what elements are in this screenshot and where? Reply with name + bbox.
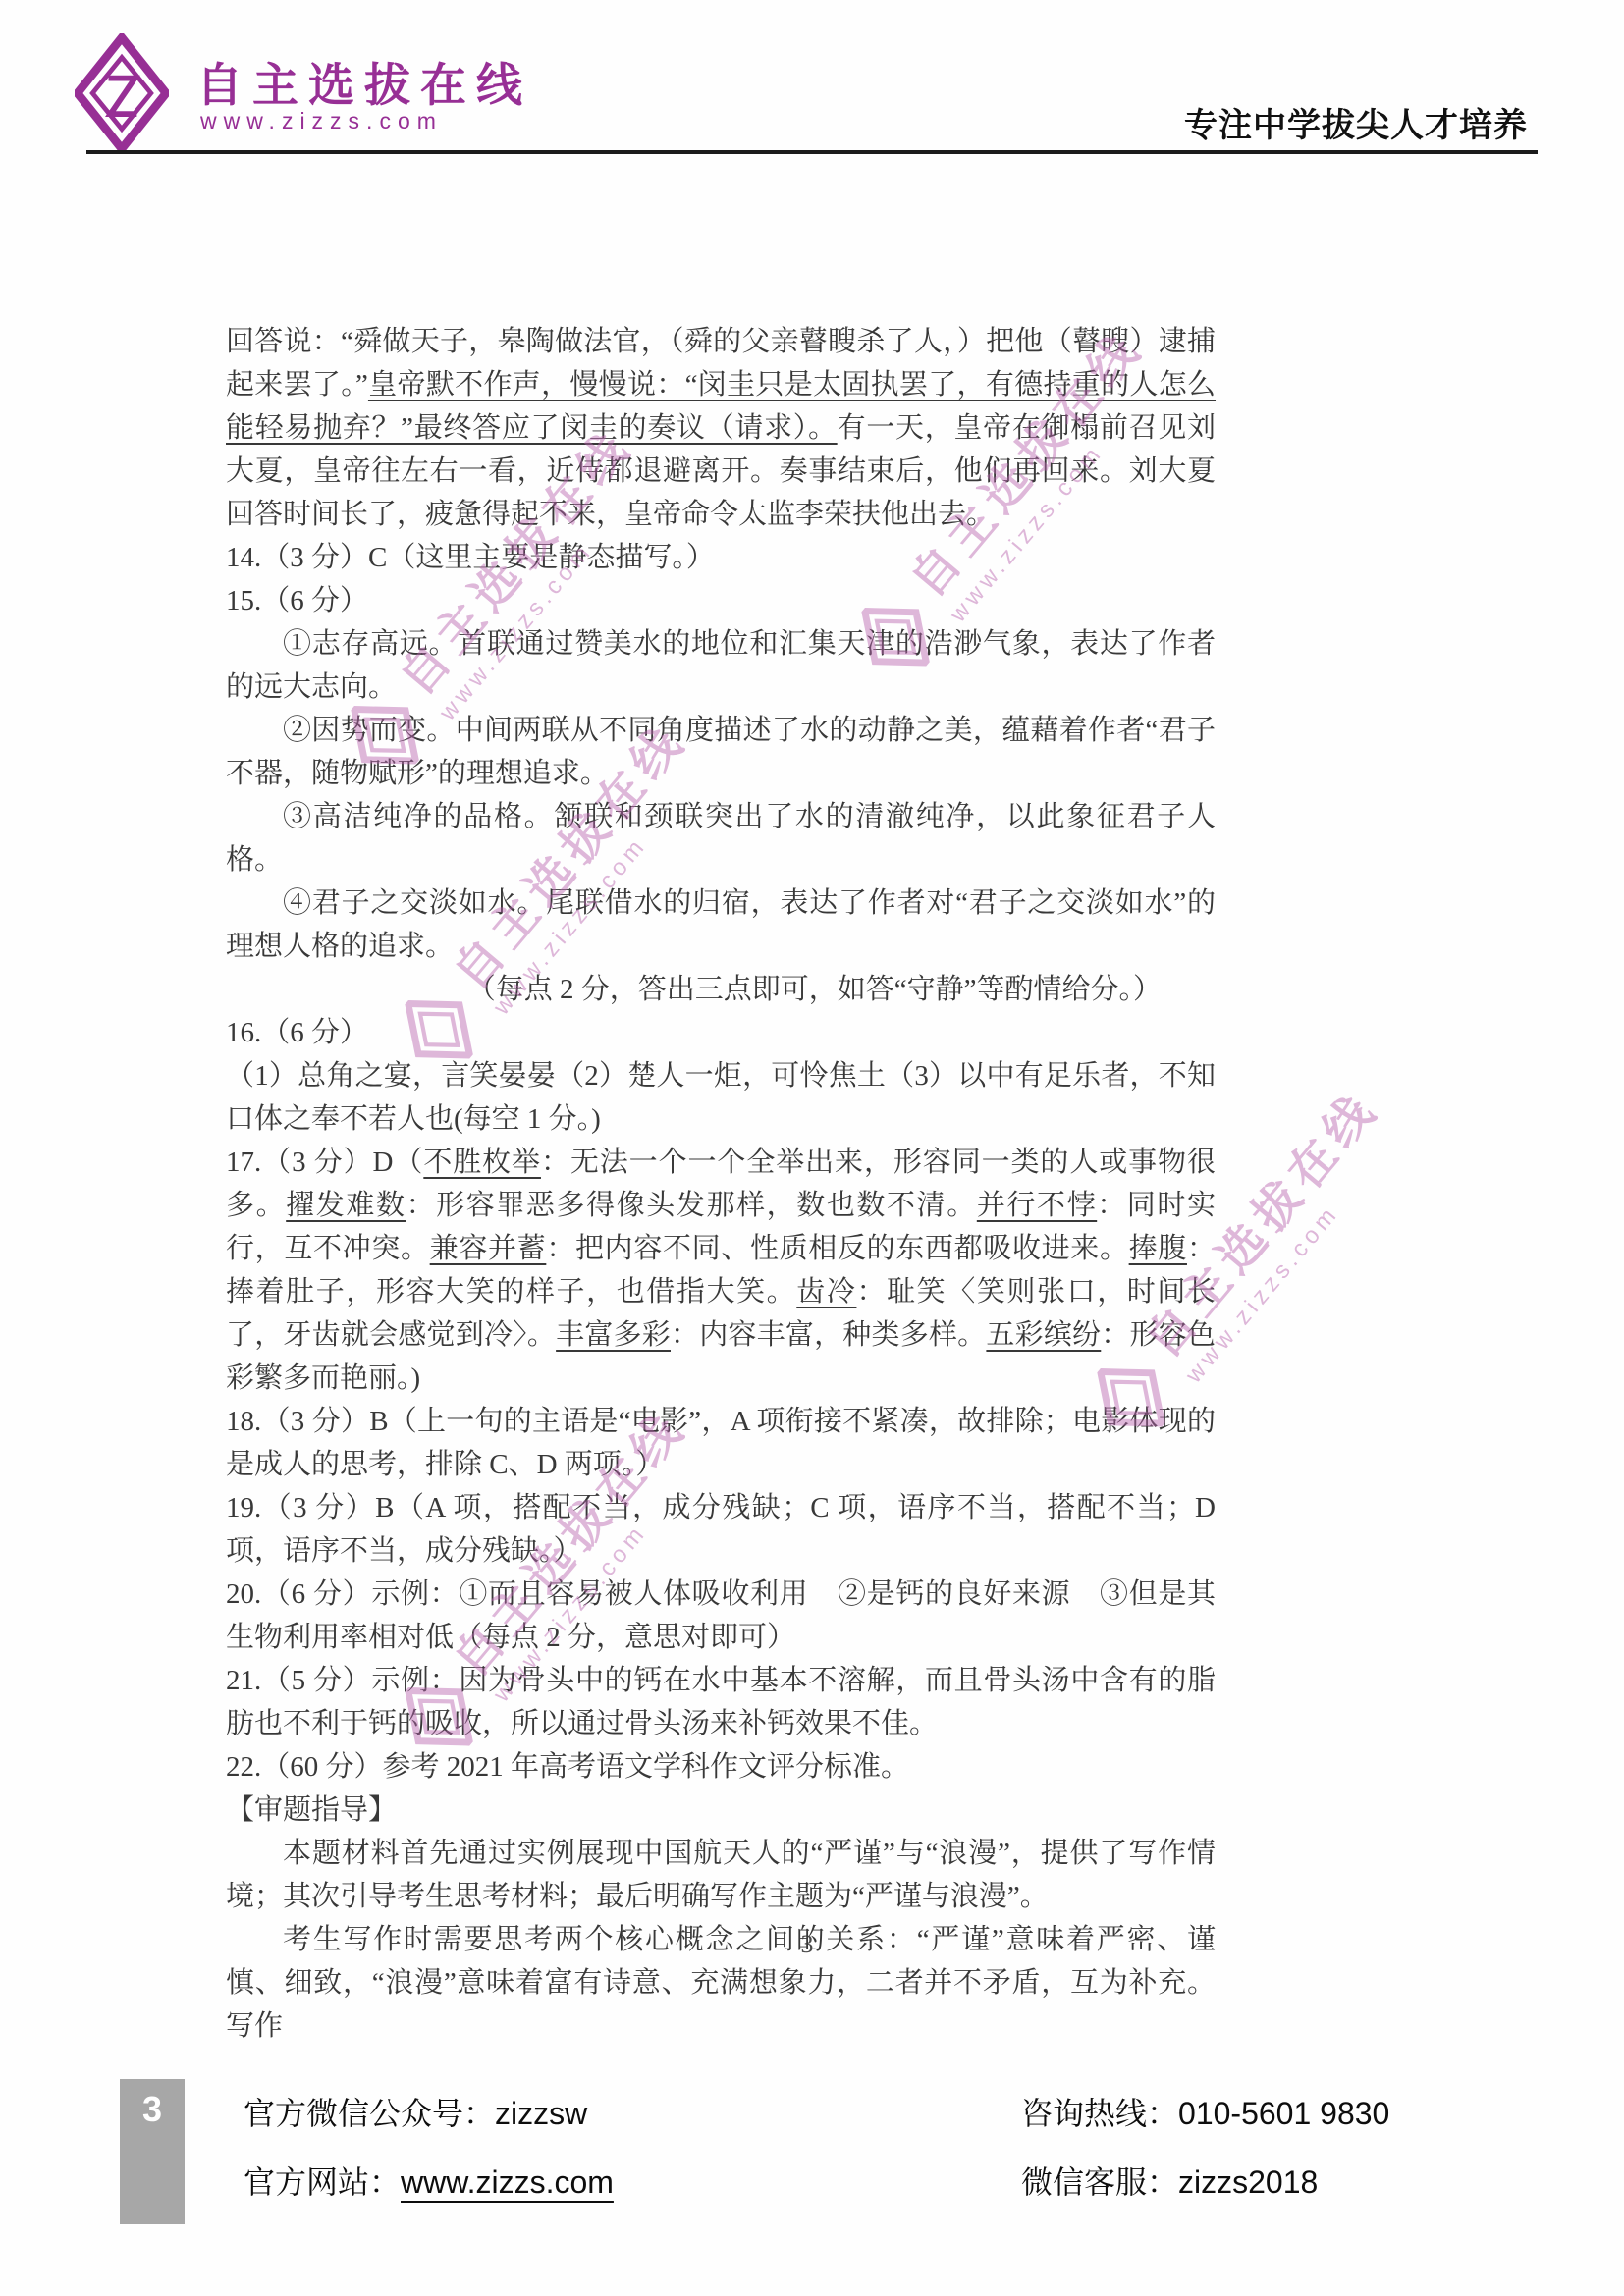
official-website-row: 官方网站：www.zizzs.com bbox=[244, 2158, 614, 2203]
official-website-label: 官方网站： bbox=[244, 2164, 401, 2200]
paragraph: 15.（6 分） bbox=[226, 579, 1216, 622]
text-segment: ①志存高远。首联通过赞美水的地位和汇集天津的浩渺气象，表达了作者的远大志向。 bbox=[226, 628, 1216, 703]
underlined-text: 齿冷 bbox=[796, 1276, 856, 1308]
text-segment: 19.（3 分）B（A 项，搭配不当，成分残缺；C 项，语序不当，搭配不当；D … bbox=[226, 1492, 1216, 1567]
paragraph: 20.（6 分）示例：①而且容易被人体吸收利用 ②是钙的良好来源 ③但是其生物利… bbox=[226, 1573, 1216, 1659]
underlined-text: 擢发难数 bbox=[286, 1190, 406, 1221]
text-segment: ：形容罪恶多得像头发那样，数也数不清。 bbox=[406, 1190, 977, 1221]
header-divider bbox=[86, 150, 1538, 154]
header-tagline: 专注中学拔尖人才培养 bbox=[1184, 98, 1528, 146]
paragraph: 回答说：“舜做天子，皋陶做法官，（舜的父亲瞽瞍杀了人，）把他（瞽瞍）逮捕起来罢了… bbox=[226, 320, 1216, 536]
paragraph: ②因势而变。中间两联从不同角度描述了水的动静之美，蕴藉着作者“君子不器，随物赋形… bbox=[226, 709, 1216, 795]
paragraph: 19.（3 分）B（A 项，搭配不当，成分残缺；C 项，语序不当，搭配不当；D … bbox=[226, 1486, 1216, 1573]
text-segment: 考生写作时需要思考两个核心概念之间的关系：“严谨”意味着严密、谨慎、细致，“浪漫… bbox=[226, 1924, 1216, 2042]
text-segment: 16.（6 分） bbox=[226, 1017, 368, 1048]
underlined-text: 五彩缤纷 bbox=[986, 1319, 1101, 1351]
underlined-text: 丰富多彩 bbox=[556, 1319, 671, 1351]
footer-page-badge: 3 bbox=[120, 2079, 185, 2224]
footer-contact-left: 官方微信公众号：zizzsw 官方网站：www.zizzs.com bbox=[244, 2089, 614, 2226]
paragraph: 21.（5 分）示例：因为骨头中的钙在水中基本不溶解，而且骨头汤中含有的脂肪也不… bbox=[226, 1659, 1216, 1745]
paragraph: 17.（3 分）D（不胜枚举：无法一个一个全举出来，形容同一类的人或事物很多。擢… bbox=[226, 1141, 1216, 1400]
text-segment: （每点 2 分，答出三点即可，如答“守静”等酌情给分。） bbox=[467, 974, 1162, 1005]
official-wechat-row: 官方微信公众号：zizzsw bbox=[244, 2089, 614, 2134]
text-segment: 17.（3 分）D（ bbox=[226, 1147, 423, 1178]
paragraph: ④君子之交淡如水。尾联借水的归宿，表达了作者对“君子之交淡如水”的理想人格的追求… bbox=[226, 881, 1216, 968]
hotline-label: 咨询热线： bbox=[1021, 2096, 1178, 2131]
paragraph: 22.（60 分）参考 2021 年高考语文学科作文评分标准。 bbox=[226, 1745, 1216, 1789]
text-segment: 20.（6 分）示例：①而且容易被人体吸收利用 ②是钙的良好来源 ③但是其生物利… bbox=[226, 1578, 1216, 1653]
answer-key-body: 回答说：“舜做天子，皋陶做法官，（舜的父亲瞽瞍杀了人，）把他（瞽瞍）逮捕起来罢了… bbox=[226, 320, 1216, 2048]
text-segment: （1）总角之宴，言笑晏晏（2）楚人一炬，可怜焦土（3）以中有足乐者，不知口体之奉… bbox=[226, 1060, 1216, 1135]
text-segment: 本题材料首先通过实例展现中国航天人的“严谨”与“浪漫”，提供了写作情境；其次引导… bbox=[226, 1838, 1216, 1912]
wechat-service-label: 微信客服： bbox=[1021, 2164, 1178, 2200]
section-heading: 【审题指导】 bbox=[226, 1789, 1216, 1832]
hotline-value: 010-5601 9830 bbox=[1178, 2096, 1389, 2131]
paragraph: ③高洁纯净的品格。颔联和颈联突出了水的清澈纯净，以此象征君子人格。 bbox=[226, 795, 1216, 881]
paragraph: 本题材料首先通过实例展现中国航天人的“严谨”与“浪漫”，提供了写作情境；其次引导… bbox=[226, 1832, 1216, 1918]
text-segment: ③高洁纯净的品格。颔联和颈联突出了水的清澈纯净，以此象征君子人格。 bbox=[226, 801, 1216, 876]
wechat-service-row: 微信客服：zizzs2018 bbox=[1021, 2158, 1389, 2203]
text-segment: 【审题指导】 bbox=[226, 1794, 397, 1826]
document-page: 自主选拔在线 www.zizzs.com 专注中学拔尖人才培养 自主选拔在线 w… bbox=[0, 0, 1624, 2296]
text-segment: 18.（3 分）B（上一句的主语是“电影”，A 项衔接不紧凑，故排除；电影体现的… bbox=[226, 1406, 1216, 1480]
underlined-text: 兼容并蓄 bbox=[430, 1233, 547, 1264]
paragraph: 16.（6 分） bbox=[226, 1011, 1216, 1054]
text-segment: 21.（5 分）示例：因为骨头中的钙在水中基本不溶解，而且骨头汤中含有的脂肪也不… bbox=[226, 1665, 1216, 1739]
underlined-text: 捧腹 bbox=[1129, 1233, 1187, 1264]
text-segment: ：内容丰富，种类多样。 bbox=[671, 1319, 986, 1351]
official-website-link[interactable]: www.zizzs.com bbox=[401, 2164, 614, 2200]
paragraph: （每点 2 分，答出三点即可，如答“守静”等酌情给分。） bbox=[226, 968, 1216, 1011]
brand-url: www.zizzs.com bbox=[200, 108, 443, 134]
official-wechat-label: 官方微信公众号： bbox=[244, 2096, 495, 2131]
paragraph: 14.（3 分）C（这里主要是静态描写。） bbox=[226, 536, 1216, 579]
brand-name: 自主选拔在线 bbox=[196, 49, 532, 115]
hotline-row: 咨询热线：010-5601 9830 bbox=[1021, 2089, 1389, 2134]
paragraph: 18.（3 分）B（上一句的主语是“电影”，A 项衔接不紧凑，故排除；电影体现的… bbox=[226, 1400, 1216, 1486]
official-wechat-value: zizzsw bbox=[495, 2096, 587, 2131]
text-segment: ：把内容不同、性质相反的东西都吸收进来。 bbox=[546, 1233, 1128, 1264]
paragraph: ①志存高远。首联通过赞美水的地位和汇集天津的浩渺气象，表达了作者的远大志向。 bbox=[226, 622, 1216, 709]
text-segment: ④君子之交淡如水。尾联借水的归宿，表达了作者对“君子之交淡如水”的理想人格的追求… bbox=[226, 887, 1216, 962]
text-segment: ②因势而变。中间两联从不同角度描述了水的动静之美，蕴藉着作者“君子不器，随物赋形… bbox=[226, 715, 1216, 789]
text-segment: 15.（6 分） bbox=[226, 585, 368, 616]
underlined-text: 不胜枚举 bbox=[423, 1147, 541, 1178]
diamond-logo-icon bbox=[75, 33, 169, 153]
paragraph: （1）总角之宴，言笑晏晏（2）楚人一炬，可怜焦土（3）以中有足乐者，不知口体之奉… bbox=[226, 1054, 1216, 1141]
paragraph: 考生写作时需要思考两个核心概念之间的关系：“严谨”意味着严密、谨慎、细致，“浪漫… bbox=[226, 1918, 1216, 2048]
footer-contact-right: 咨询热线：010-5601 9830 微信客服：zizzs2018 bbox=[1021, 2089, 1389, 2226]
text-segment: 22.（60 分）参考 2021 年高考语文学科作文评分标准。 bbox=[226, 1751, 909, 1783]
text-segment: 14.（3 分）C（这里主要是静态描写。） bbox=[226, 542, 715, 573]
underlined-text: 并行不悖 bbox=[977, 1190, 1097, 1221]
wechat-service-value: zizzs2018 bbox=[1178, 2164, 1318, 2200]
